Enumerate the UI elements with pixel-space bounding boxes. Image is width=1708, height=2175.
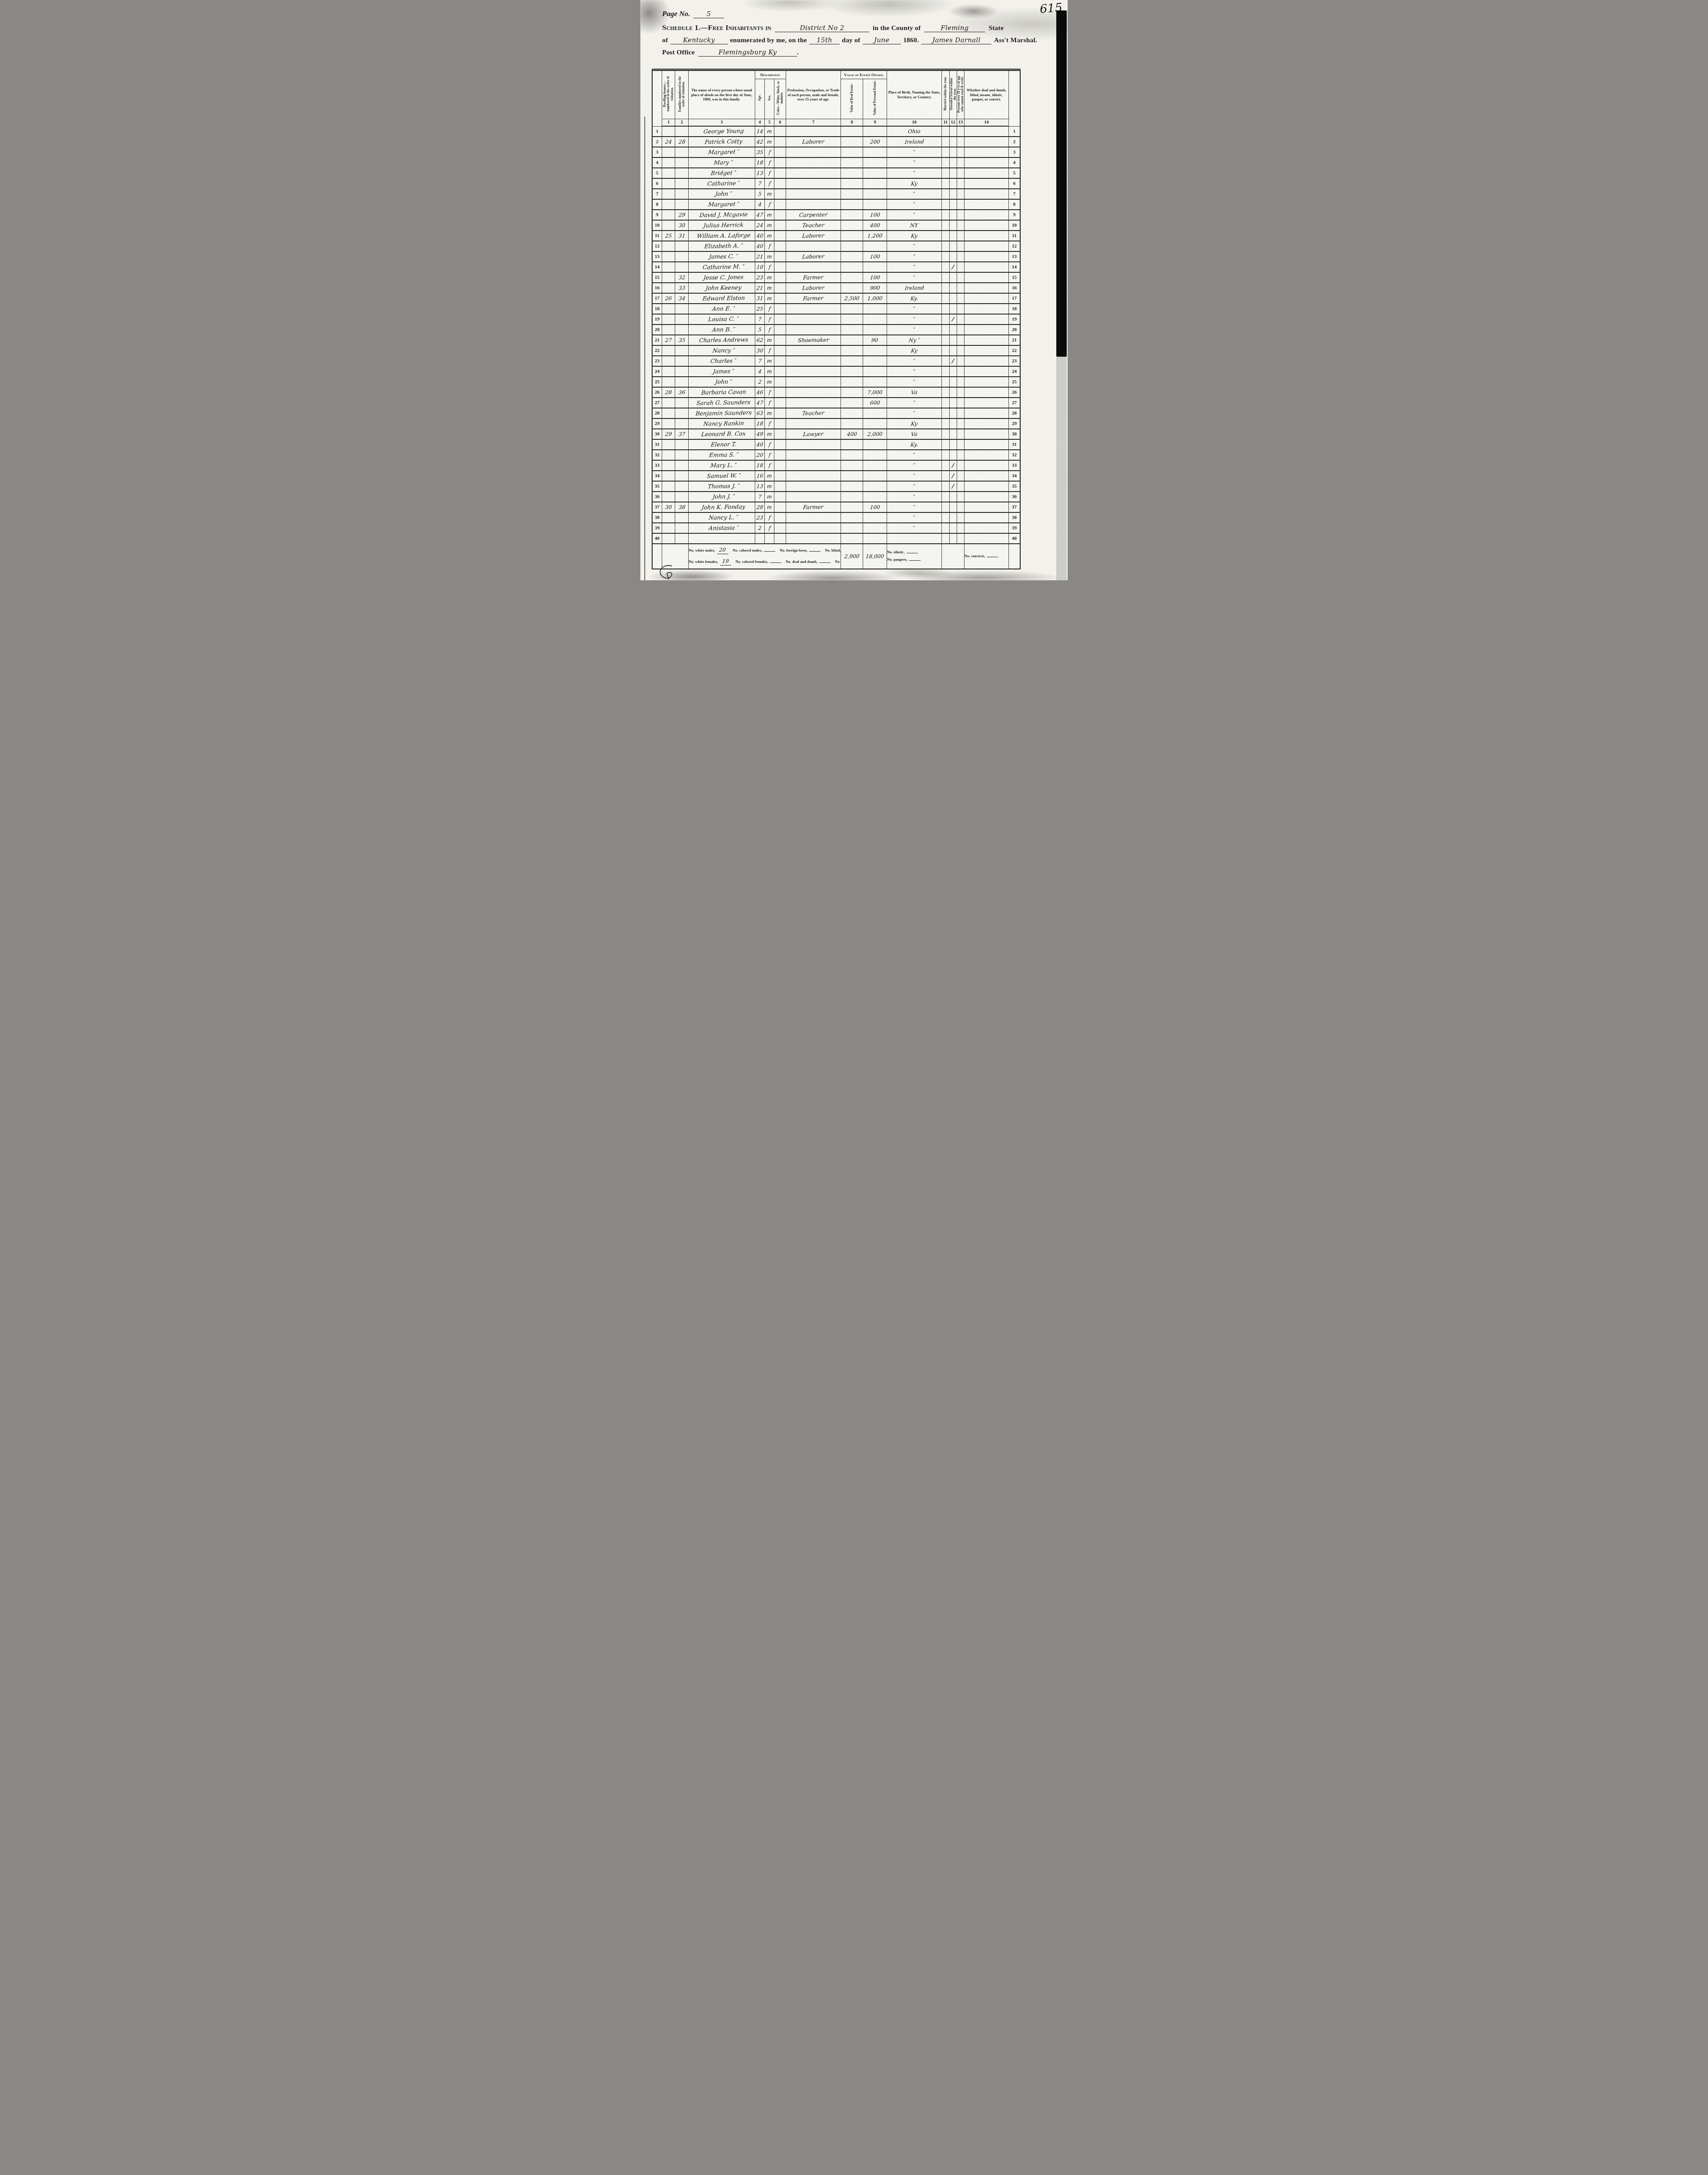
line-number: 12	[652, 241, 662, 251]
occupation	[786, 178, 841, 189]
occupation	[786, 377, 841, 387]
attended-school	[949, 523, 957, 533]
table-row: 3Margaret ″35f″3	[652, 147, 1020, 157]
sex: m	[765, 251, 774, 262]
remarks	[965, 178, 1009, 189]
place-of-birth: Va	[887, 429, 942, 439]
table-row: 262836Barbaria Cavan46f7,000Va26	[652, 387, 1020, 398]
district-value: District No 2	[800, 24, 844, 32]
age: 21	[755, 283, 764, 293]
attended-school	[949, 418, 957, 429]
line-number: 30	[652, 429, 662, 439]
cannot-read-write	[957, 314, 964, 325]
family-number	[675, 418, 689, 429]
value-real-estate	[841, 533, 863, 544]
line-number-right: 28	[1008, 408, 1020, 418]
remarks	[965, 408, 1009, 418]
occupation	[786, 387, 841, 398]
line-number: 20	[652, 325, 662, 335]
attended-school	[949, 272, 957, 283]
color	[774, 492, 786, 502]
line-number: 17	[652, 293, 662, 304]
county-label: in the County of	[873, 24, 921, 32]
tally-line-females: No. white females,19No. colored females,…	[689, 557, 841, 565]
person-name: Elizabeth A. ″	[688, 241, 755, 251]
place-of-birth: Ky	[887, 345, 942, 356]
cannot-read-write	[957, 523, 964, 533]
age: 35	[755, 147, 764, 157]
value-personal-estate	[863, 314, 887, 325]
place-of-birth: Ky.	[887, 439, 942, 450]
value-real-estate	[841, 304, 863, 314]
cannot-read-write	[957, 512, 964, 523]
table-row: 19Louisa C. ″7f″/19	[652, 314, 1020, 325]
line-number-right: 4	[1008, 157, 1020, 168]
cannot-read-write	[957, 460, 964, 471]
column-number-row: 1 2 3 4 5 6 7 8 9 10 11 12 13 14	[652, 119, 1020, 127]
place-of-birth	[887, 533, 942, 544]
person-name: Ann B. ″	[688, 325, 755, 335]
column-number: 9	[863, 119, 887, 127]
married-within-year	[942, 492, 949, 502]
person-name: Benjamin Saunders	[688, 408, 755, 418]
remarks	[965, 251, 1009, 262]
person-name: George Young	[688, 126, 755, 137]
attended-school	[949, 283, 957, 293]
col-header-families: Families numbered in the order of visita…	[675, 70, 689, 119]
table-row: 12Elizabeth A. ″40f″12	[652, 241, 1020, 251]
dwelling-number	[662, 220, 675, 231]
sex: m	[765, 335, 774, 345]
line-number: 38	[652, 512, 662, 523]
remarks	[965, 126, 1009, 137]
remarks	[965, 512, 1009, 523]
color	[774, 231, 786, 241]
table-row: 31Elenor T.40fKy.31	[652, 439, 1020, 450]
table-row: 13James C. ″21mLaborer100″13	[652, 251, 1020, 262]
attended-school	[949, 189, 957, 199]
table-row: 35Thomas J. ″13m″/35	[652, 481, 1020, 492]
place-of-birth: Ireland	[887, 283, 942, 293]
married-within-year	[942, 471, 949, 481]
age	[755, 533, 764, 544]
col-header-school: Attended School within the year.	[949, 70, 957, 119]
family-number	[675, 450, 689, 460]
line-number-right: 33	[1008, 460, 1020, 471]
value-real-estate	[841, 356, 863, 366]
age: 2	[755, 523, 764, 533]
married-within-year	[942, 220, 949, 231]
sex: f	[765, 314, 774, 325]
line-number-right: 21	[1008, 335, 1020, 345]
dwelling-number	[662, 471, 675, 481]
place-of-birth: ″	[887, 199, 942, 210]
person-name: Leonard B. Cox	[688, 429, 755, 439]
occupation	[786, 157, 841, 168]
col-header-personal-estate: Value of Personal Estate.	[863, 79, 887, 119]
person-name: Nancy Rankin	[688, 418, 755, 429]
color	[774, 502, 786, 512]
married-within-year	[942, 345, 949, 356]
family-number: 38	[675, 502, 689, 512]
attended-school: /	[949, 460, 957, 471]
remarks	[965, 502, 1009, 512]
age: 2	[755, 377, 764, 387]
value-real-estate	[841, 460, 863, 471]
sex: f	[765, 345, 774, 356]
value-personal-estate	[863, 356, 887, 366]
person-name: Charles ″	[688, 356, 755, 366]
table-row: 28Benjamin Saunders63mTeacher″28	[652, 408, 1020, 418]
remarks	[965, 439, 1009, 450]
table-row: 36John J. ″7m″36	[652, 492, 1020, 502]
cannot-read-write	[957, 481, 964, 492]
line-number: 40	[652, 533, 662, 544]
attended-school	[949, 335, 957, 345]
cannot-read-write	[957, 429, 964, 439]
family-number: 31	[675, 231, 689, 241]
value-real-estate	[841, 523, 863, 533]
age: 21	[755, 251, 764, 262]
tally-line-convicts: No. convicts,	[965, 554, 1008, 558]
page-no-value: 5	[707, 10, 711, 18]
place-of-birth: Ny ″	[887, 335, 942, 345]
sex: m	[765, 481, 774, 492]
group-header-estate: Value of Estate Owned.	[841, 70, 887, 79]
value-personal-estate	[863, 439, 887, 450]
place-of-birth: ″	[887, 168, 942, 178]
dwelling-number	[662, 304, 675, 314]
married-within-year	[942, 523, 949, 533]
line-number-right: 16	[1008, 283, 1020, 293]
cannot-read-write	[957, 325, 964, 335]
line-number-right: 8	[1008, 199, 1020, 210]
attended-school	[949, 439, 957, 450]
line-number-right: 36	[1008, 492, 1020, 502]
line-number-right: 39	[1008, 523, 1020, 533]
dwelling-number	[662, 241, 675, 251]
cannot-read-write	[957, 304, 964, 314]
dwelling-number: 24	[662, 137, 675, 147]
place-of-birth: ″	[887, 408, 942, 418]
remarks	[965, 523, 1009, 533]
color	[774, 512, 786, 523]
value-personal-estate	[863, 366, 887, 377]
scan-gray-strip	[1056, 356, 1067, 580]
place-of-birth: Ky	[887, 231, 942, 241]
place-of-birth: ″	[887, 304, 942, 314]
dwelling-number	[662, 408, 675, 418]
family-number	[675, 492, 689, 502]
color	[774, 178, 786, 189]
value-real-estate	[841, 168, 863, 178]
dwelling-number	[662, 398, 675, 408]
tally-value: 19	[720, 557, 731, 565]
sex: f	[765, 304, 774, 314]
married-within-year	[942, 439, 949, 450]
occupation	[786, 147, 841, 157]
place-of-birth: Ky	[887, 178, 942, 189]
value-personal-estate: 1,200	[863, 231, 887, 241]
place-of-birth: ″	[887, 492, 942, 502]
tally-value	[770, 562, 781, 563]
person-name: Louisa C. ″	[688, 314, 755, 325]
married-within-year	[942, 429, 949, 439]
occupation	[786, 356, 841, 366]
color	[774, 418, 786, 429]
color	[774, 450, 786, 460]
table-row: 18Ann E. ″25f″18	[652, 304, 1020, 314]
dwelling-number	[662, 157, 675, 168]
tally-value	[819, 562, 831, 563]
place-of-birth: ″	[887, 241, 942, 251]
value-personal-estate	[863, 189, 887, 199]
line-number-right: 37	[1008, 502, 1020, 512]
attended-school	[949, 502, 957, 512]
table-row: 20Ann B. ″5f″20	[652, 325, 1020, 335]
table-row: 172634Edward Elston31mFarmer2,5001,000Ky…	[652, 293, 1020, 304]
tally-label: No. blind,	[825, 548, 841, 552]
remarks	[965, 314, 1009, 325]
occupation	[786, 450, 841, 460]
age: 18	[755, 418, 764, 429]
color	[774, 314, 786, 325]
left-margin-header	[652, 70, 662, 127]
day-of-label: day of	[842, 37, 860, 44]
value-real-estate	[841, 366, 863, 377]
color	[774, 137, 786, 147]
remarks	[965, 398, 1009, 408]
col-header-birthplace: Place of Birth, Naming the State, Territ…	[887, 70, 942, 119]
attended-school	[949, 231, 957, 241]
family-number	[675, 481, 689, 492]
color	[774, 251, 786, 262]
person-name: Mary ″	[688, 157, 755, 168]
line-number-right: 38	[1008, 512, 1020, 523]
dwelling-number	[662, 272, 675, 283]
value-real-estate	[841, 512, 863, 523]
value-personal-estate: 200	[863, 137, 887, 147]
dwelling-number: 29	[662, 429, 675, 439]
cannot-read-write	[957, 492, 964, 502]
post-office-value: Flemingsburg Ky	[718, 48, 777, 56]
line-number-right: 34	[1008, 471, 1020, 481]
table-row: 24James ″4m″24	[652, 366, 1020, 377]
tally-mid-block: No. idiotic, No. paupers,	[887, 544, 942, 569]
dwelling-number	[662, 523, 675, 533]
value-personal-estate	[863, 168, 887, 178]
person-name: Anistasia ″	[688, 523, 755, 533]
color	[774, 262, 786, 272]
tally-right-block: No. convicts,	[965, 544, 1009, 569]
family-number: 32	[675, 272, 689, 283]
occupation	[786, 325, 841, 335]
tally-label: No. paupers,	[887, 557, 908, 562]
tally-left-block: No. white males,20No. colored males,No. …	[688, 544, 841, 569]
married-within-year	[942, 251, 949, 262]
table-row: 25John ″2m″25	[652, 377, 1020, 387]
cannot-read-write	[957, 502, 964, 512]
age: 5	[755, 325, 764, 335]
remarks	[965, 272, 1009, 283]
line-number-right: 20	[1008, 325, 1020, 335]
line-number-right: 35	[1008, 481, 1020, 492]
col-header-occupation: Profession, Occupation, or Trade of each…	[786, 70, 841, 119]
sex: f	[765, 523, 774, 533]
attended-school	[949, 199, 957, 210]
color	[774, 126, 786, 137]
month-value: June	[874, 36, 889, 44]
occupation	[786, 199, 841, 210]
age: 4	[755, 366, 764, 377]
age: 7	[755, 178, 764, 189]
line-number-right: 9	[1008, 210, 1020, 220]
col-header-age: Age.	[755, 79, 764, 119]
line-number-right: 5	[1008, 168, 1020, 178]
person-name: James ″	[688, 366, 755, 377]
attended-school	[949, 533, 957, 544]
tally-label: No. idiotic,	[887, 550, 905, 554]
table-row: 29Nancy Rankin18fKy29	[652, 418, 1020, 429]
sex: m	[765, 492, 774, 502]
remarks	[965, 189, 1009, 199]
sex: f	[765, 241, 774, 251]
line-number: 27	[652, 398, 662, 408]
married-within-year	[942, 147, 949, 157]
attended-school	[949, 450, 957, 460]
person-name: John Keeney	[688, 283, 755, 293]
cannot-read-write	[957, 272, 964, 283]
sex: f	[765, 387, 774, 398]
place-of-birth: NY	[887, 220, 942, 231]
line-number: 35	[652, 481, 662, 492]
remarks	[965, 283, 1009, 293]
married-within-year	[942, 262, 949, 272]
value-personal-estate	[863, 512, 887, 523]
family-number	[675, 398, 689, 408]
tally-line-idiotic: No. idiotic,	[887, 550, 941, 554]
table-row: 6Catharine ″7fKy6	[652, 178, 1020, 189]
person-name: Margaret ″	[688, 199, 755, 210]
line-number-right: 10	[1008, 220, 1020, 231]
tally-label: No. white females,	[689, 559, 718, 564]
married-within-year	[942, 231, 949, 241]
state-value: Kentucky	[683, 36, 715, 44]
attended-school: /	[949, 262, 957, 272]
occupation: Laborer	[786, 251, 841, 262]
attended-school	[949, 366, 957, 377]
tally-line-paupers: No. paupers,	[887, 557, 941, 562]
cannot-read-write	[957, 126, 964, 137]
place-of-birth: ″	[887, 356, 942, 366]
married-within-year	[942, 356, 949, 366]
line-number: 10	[652, 220, 662, 231]
dwelling-number	[662, 345, 675, 356]
line-number: 6	[652, 178, 662, 189]
attended-school	[949, 377, 957, 387]
value-personal-estate	[863, 450, 887, 460]
value-personal-estate	[863, 481, 887, 492]
value-personal-estate	[863, 325, 887, 335]
dwelling-number	[662, 126, 675, 137]
color	[774, 377, 786, 387]
line-number: 7	[652, 189, 662, 199]
remarks	[965, 460, 1009, 471]
attended-school	[949, 168, 957, 178]
table-row: 4Mary ″18f″4	[652, 157, 1020, 168]
line-number-right: 6	[1008, 178, 1020, 189]
tally-spacer-2	[942, 544, 965, 569]
attended-school	[949, 137, 957, 147]
value-real-estate	[841, 408, 863, 418]
page-header: Page No. 5 Schedule 1.—Free Inhabitants …	[662, 10, 1037, 57]
value-personal-estate	[863, 178, 887, 189]
dwelling-number	[662, 262, 675, 272]
married-within-year	[942, 366, 949, 377]
column-number: 5	[765, 119, 774, 127]
cannot-read-write	[957, 387, 964, 398]
age: 25	[755, 304, 764, 314]
age: 24	[755, 220, 764, 231]
person-name: Bridget ″	[688, 168, 755, 178]
color	[774, 220, 786, 231]
table-row: 38Nancy L. ″23f″38	[652, 512, 1020, 523]
value-personal-estate: 100	[863, 251, 887, 262]
cannot-read-write	[957, 157, 964, 168]
line-number: 25	[652, 377, 662, 387]
family-number	[675, 471, 689, 481]
occupation	[786, 366, 841, 377]
cannot-read-write	[957, 178, 964, 189]
age: 14	[755, 126, 764, 137]
column-number: 4	[755, 119, 764, 127]
color	[774, 471, 786, 481]
attended-school	[949, 429, 957, 439]
place-of-birth: ″	[887, 314, 942, 325]
line-number: 39	[652, 523, 662, 533]
married-within-year	[942, 408, 949, 418]
value-personal-estate	[863, 304, 887, 314]
occupation	[786, 523, 841, 533]
line-number: 18	[652, 304, 662, 314]
dwelling-number	[662, 533, 675, 544]
table-row: 5Bridget ″13f″5	[652, 168, 1020, 178]
cannot-read-write	[957, 398, 964, 408]
tally-label: No. white males,	[689, 548, 715, 552]
line-number-right: 26	[1008, 387, 1020, 398]
value-personal-estate: 400	[863, 220, 887, 231]
value-personal-estate: 1,000	[863, 293, 887, 304]
age: 13	[755, 168, 764, 178]
person-name: Samuel W. ″	[688, 471, 755, 481]
value-real-estate	[841, 502, 863, 512]
sex: f	[765, 439, 774, 450]
value-real-estate	[841, 220, 863, 231]
table-row: 14Catharine M. ″10f″/14	[652, 262, 1020, 272]
value-real-estate	[841, 325, 863, 335]
age: 31	[755, 293, 764, 304]
sex	[765, 533, 774, 544]
attended-school	[949, 492, 957, 502]
attended-school: /	[949, 314, 957, 325]
age: 40	[755, 231, 764, 241]
attended-school	[949, 408, 957, 418]
marshal-signature: James Darnall	[932, 36, 981, 44]
family-number	[675, 356, 689, 366]
person-name: Julius Herrick	[688, 220, 755, 231]
remarks	[965, 533, 1009, 544]
age: 42	[755, 137, 764, 147]
